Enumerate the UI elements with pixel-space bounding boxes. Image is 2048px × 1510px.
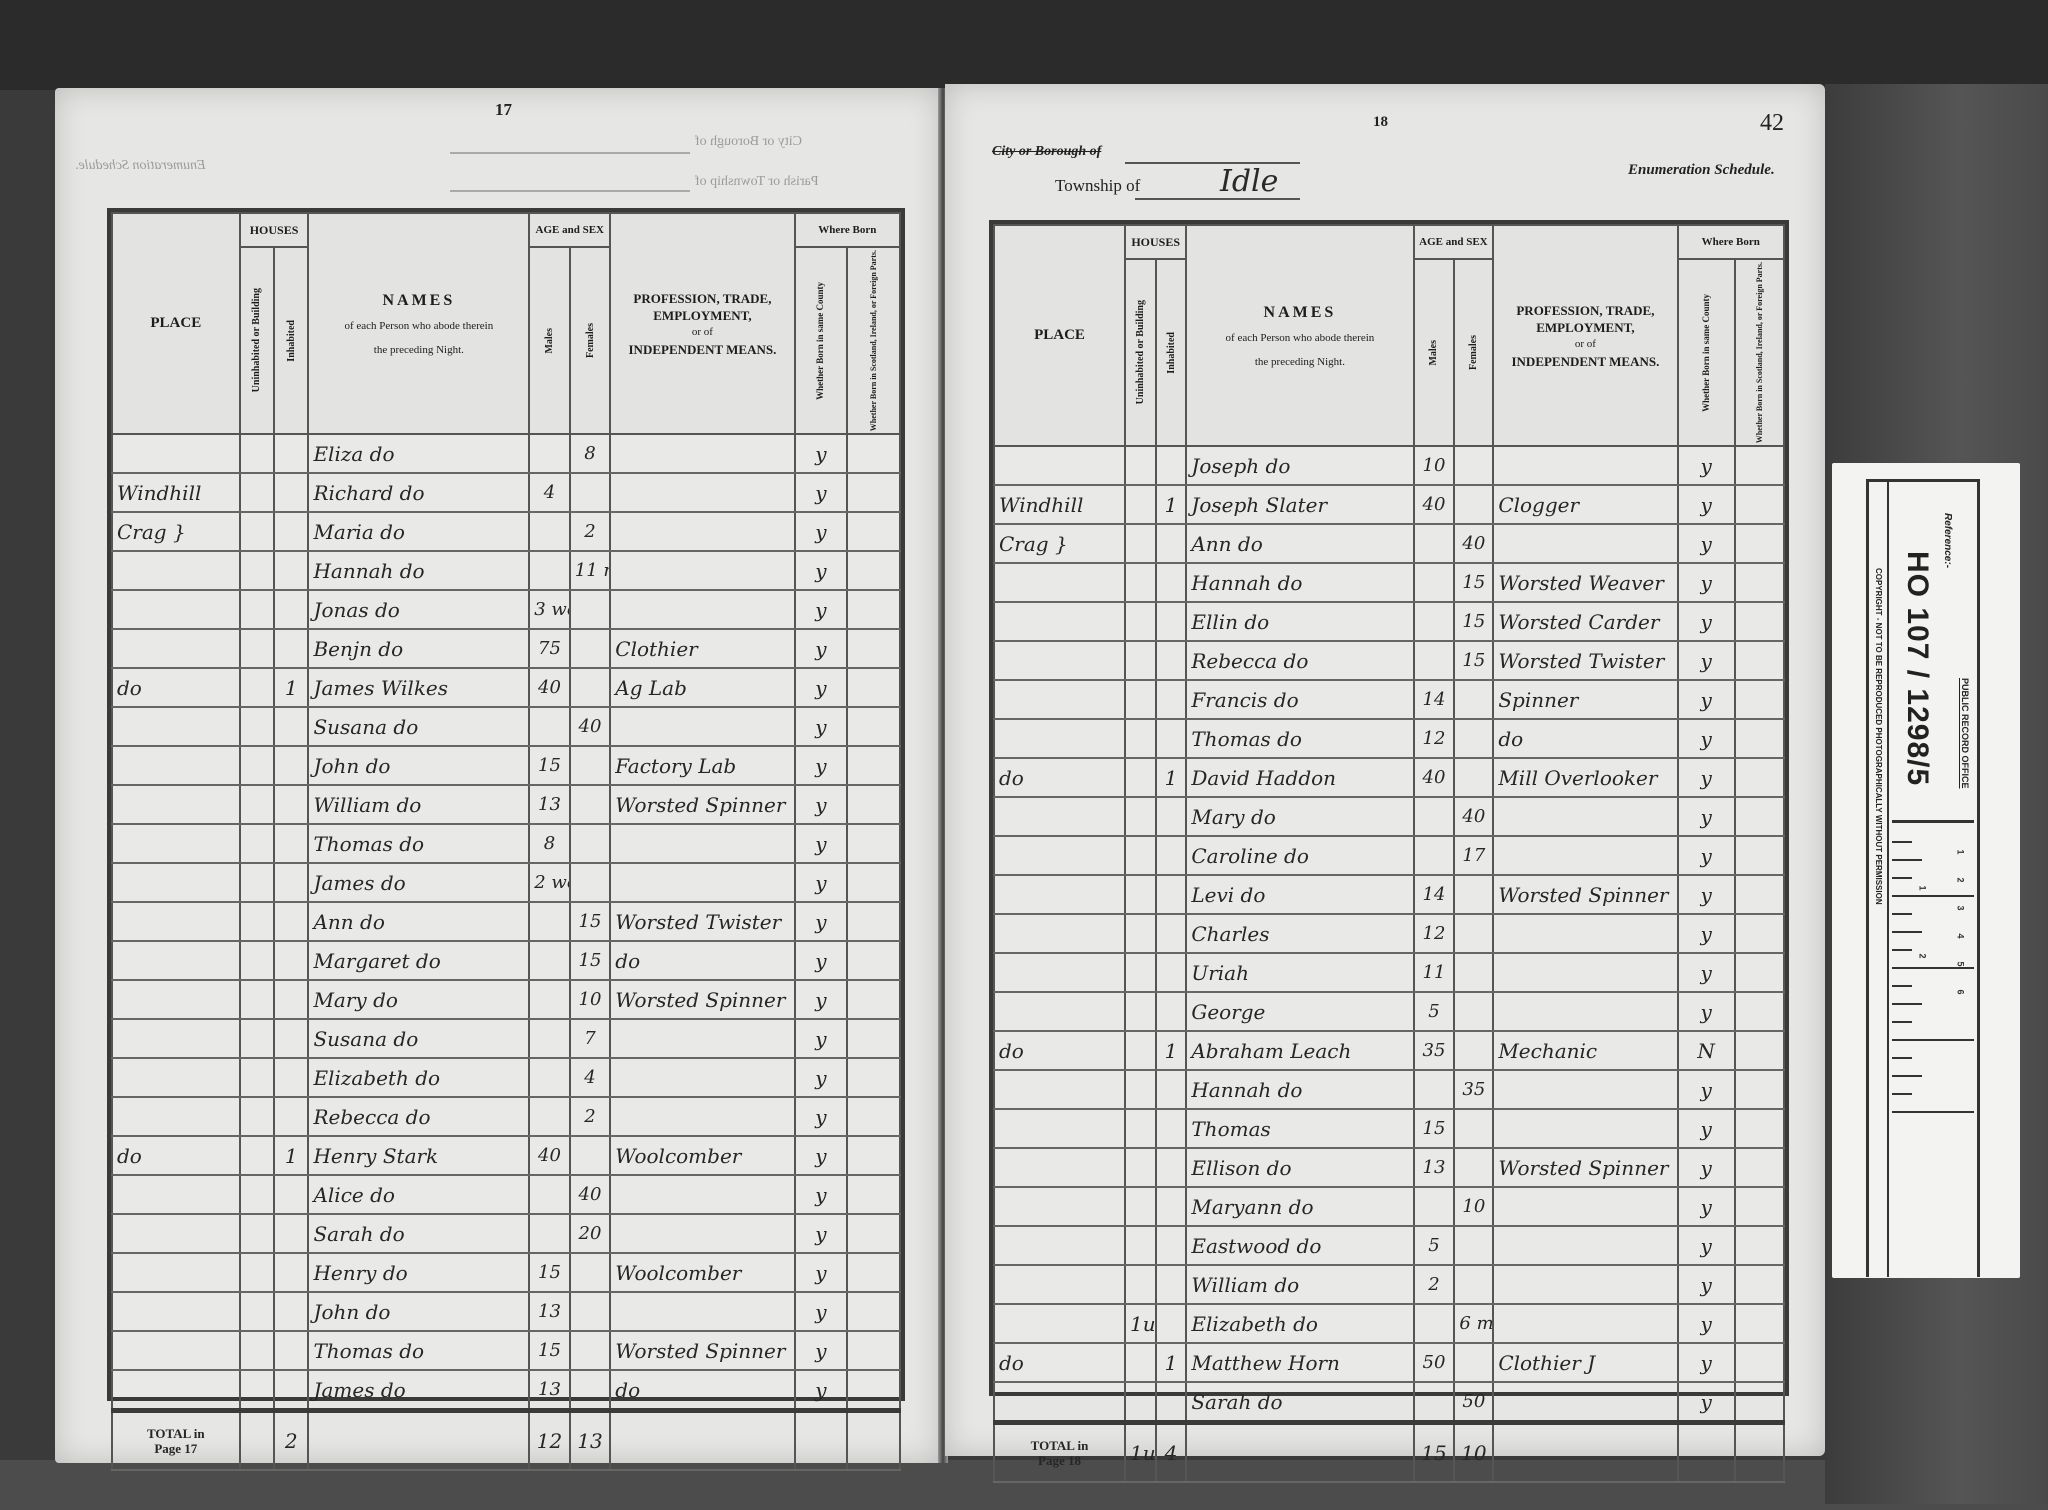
profession-cell — [610, 1214, 794, 1253]
page-number: 18 — [1373, 114, 1388, 131]
uninhabited-cell — [1125, 680, 1156, 719]
name-cell: Hannah do — [308, 551, 529, 590]
place-cell — [112, 824, 240, 863]
born-elsewhere-cell — [1735, 1382, 1784, 1423]
uninhabited-cell — [1125, 446, 1156, 485]
col-females: Females — [1454, 259, 1493, 446]
born-elsewhere-cell — [847, 434, 900, 473]
born-same-county-cell: y — [1678, 719, 1735, 758]
profession-cell — [1493, 1382, 1677, 1423]
inhabited-cell: 1 — [274, 668, 308, 707]
profession-cell — [610, 473, 794, 512]
females-age-cell: 6 months — [1454, 1304, 1493, 1343]
born-same-county-cell: y — [1678, 758, 1735, 797]
census-row: Alice do40y — [112, 1175, 900, 1214]
inhabited-cell — [1156, 563, 1187, 602]
born-elsewhere-cell — [847, 707, 900, 746]
uninhabited-cell — [240, 1214, 274, 1253]
name-cell: Henry do — [308, 1253, 529, 1292]
mirrored-parish-label: Parish or Township of — [695, 174, 819, 190]
place-cell — [112, 941, 240, 980]
inhabited-cell — [274, 746, 308, 785]
name-cell: Margaret do — [308, 941, 529, 980]
name-cell: Susana do — [308, 707, 529, 746]
col-elsewhere: Whether Born in Scotland, Ireland, or Fo… — [847, 247, 900, 434]
place-cell — [994, 1187, 1125, 1226]
census-row: Mary do10Worsted Spinnery — [112, 980, 900, 1019]
col-names-sub1: of each Person who abode therein — [311, 320, 526, 332]
born-elsewhere-cell — [847, 1019, 900, 1058]
profession-cell: Spinner — [1493, 680, 1677, 719]
uninhabited-cell — [1125, 1382, 1156, 1423]
males-age-cell — [1414, 797, 1455, 836]
col-age-sex: AGE and SEX — [1414, 225, 1494, 259]
place-cell — [112, 863, 240, 902]
profession-cell — [1493, 1070, 1677, 1109]
col-names-sub2: the preceding Night. — [1189, 356, 1410, 368]
census-row: Hannah do35y — [994, 1070, 1784, 1109]
born-same-county-cell: y — [1678, 563, 1735, 602]
place-cell — [994, 446, 1125, 485]
males-age-cell — [529, 1019, 570, 1058]
born-same-county-cell: y — [795, 1331, 848, 1370]
col-age-sex: AGE and SEX — [529, 213, 610, 247]
uninhabited-cell — [1125, 719, 1156, 758]
col-inhabited: Inhabited — [1156, 259, 1187, 446]
males-age-cell: 8 — [529, 824, 570, 863]
born-elsewhere-cell — [847, 1292, 900, 1331]
profession-cell — [1493, 1187, 1677, 1226]
total-blank-names — [308, 1411, 529, 1471]
col-elsewhere: Whether Born in Scotland, Ireland, or Fo… — [1735, 259, 1784, 446]
born-elsewhere-cell — [847, 551, 900, 590]
females-age-cell — [570, 1136, 611, 1175]
census-row: James do2 weeksy — [112, 863, 900, 902]
born-elsewhere-cell — [847, 1175, 900, 1214]
place-cell — [994, 797, 1125, 836]
name-cell: Francis do — [1186, 680, 1413, 719]
born-same-county-cell: y — [1678, 914, 1735, 953]
born-same-county-cell: y — [795, 1253, 848, 1292]
males-age-cell — [529, 941, 570, 980]
name-cell: John do — [308, 1292, 529, 1331]
females-age-cell: 20 — [570, 1214, 611, 1253]
born-same-county-cell: y — [1678, 953, 1735, 992]
col-males: Males — [529, 247, 570, 434]
uninhabited-cell — [240, 1292, 274, 1331]
profession-cell — [610, 1058, 794, 1097]
name-cell: Ann do — [308, 902, 529, 941]
females-age-cell: 35 — [1454, 1070, 1493, 1109]
census-rows: Eliza do8yWindhillRichard do4yCrag }Mari… — [112, 434, 900, 1411]
born-same-county-cell: y — [1678, 1187, 1735, 1226]
inhabited-cell — [274, 902, 308, 941]
name-cell: Levi do — [1186, 875, 1413, 914]
col-profession: PROFESSION, TRADE, EMPLOYMENT, or of IND… — [1493, 225, 1677, 446]
col-females: Females — [570, 247, 611, 434]
females-age-cell — [1454, 1265, 1493, 1304]
inhabited-cell — [274, 1370, 308, 1411]
col-profession-4: INDEPENDENT MEANS. — [1496, 353, 1674, 370]
name-cell: James do — [308, 1370, 529, 1411]
col-where-born: Where Born — [795, 213, 900, 247]
total-inhabited: 2 — [274, 1411, 308, 1471]
census-row: Henry do15Woolcombery — [112, 1253, 900, 1292]
profession-cell: Worsted Twister — [610, 902, 794, 941]
place-cell — [112, 1214, 240, 1253]
uninhabited-cell — [1125, 1343, 1156, 1382]
females-age-cell: 15 — [1454, 641, 1493, 680]
census-row: Susana do40y — [112, 707, 900, 746]
profession-cell: Worsted Spinner — [1493, 875, 1677, 914]
inhabited-cell — [1156, 680, 1187, 719]
name-cell: Henry Stark — [308, 1136, 529, 1175]
born-elsewhere-cell — [847, 863, 900, 902]
place-cell: do — [112, 1136, 240, 1175]
females-age-cell — [570, 629, 611, 668]
males-age-cell — [1414, 563, 1455, 602]
born-same-county-cell: y — [1678, 446, 1735, 485]
col-houses: HOUSES — [240, 213, 309, 247]
place-cell — [112, 746, 240, 785]
born-same-county-cell: y — [1678, 1148, 1735, 1187]
inhabited-cell — [274, 629, 308, 668]
females-age-cell — [1454, 1031, 1493, 1070]
males-age-cell — [529, 1058, 570, 1097]
males-age-cell: 12 — [1414, 719, 1455, 758]
census-row: Ann do15Worsted Twistery — [112, 902, 900, 941]
census-row: Hannah do11 monthsy — [112, 551, 900, 590]
born-elsewhere-cell — [1735, 1070, 1784, 1109]
males-age-cell: 11 — [1414, 953, 1455, 992]
census-row: James do13doy — [112, 1370, 900, 1411]
reference-label: Reference:- — [1942, 513, 1953, 568]
census-row: Rebecca do15Worsted Twistery — [994, 641, 1784, 680]
males-age-cell — [1414, 1304, 1455, 1343]
born-same-county-cell: y — [795, 1097, 848, 1136]
census-row: do1Matthew Horn50Clothier Jy — [994, 1343, 1784, 1382]
born-elsewhere-cell — [847, 902, 900, 941]
inhabited-cell — [1156, 1382, 1187, 1423]
females-age-cell: 10 — [570, 980, 611, 1019]
born-elsewhere-cell — [1735, 446, 1784, 485]
females-age-cell: 2 — [570, 512, 611, 551]
profession-cell — [1493, 1109, 1677, 1148]
place-cell — [994, 992, 1125, 1031]
inhabited-cell — [1156, 1304, 1187, 1343]
place-cell: Crag } — [112, 512, 240, 551]
place-cell — [112, 1019, 240, 1058]
name-cell: Alice do — [308, 1175, 529, 1214]
born-same-county-cell: y — [795, 980, 848, 1019]
place-cell — [112, 1292, 240, 1331]
uninhabited-cell — [240, 1136, 274, 1175]
name-cell: William do — [308, 785, 529, 824]
uninhabited-cell — [1125, 641, 1156, 680]
public-record-office-label: PUBLIC RECORD OFFICE — [1960, 678, 1970, 789]
name-cell: Elizabeth do — [1186, 1304, 1413, 1343]
total-label: TOTAL in Page 17 — [112, 1411, 240, 1471]
males-age-cell: 5 — [1414, 992, 1455, 1031]
females-age-cell — [1454, 446, 1493, 485]
census-row: do1Henry Stark40Woolcombery — [112, 1136, 900, 1175]
place-cell: Windhill — [994, 485, 1125, 524]
name-cell: Rebecca do — [1186, 641, 1413, 680]
col-names-title: NAMES — [311, 292, 526, 310]
col-where-born: Where Born — [1678, 225, 1785, 259]
females-age-cell: 10 — [1454, 1187, 1493, 1226]
profession-cell — [610, 1175, 794, 1214]
females-age-cell: 40 — [570, 707, 611, 746]
col-uninhabited: Uninhabited or Building — [1125, 259, 1156, 446]
females-age-cell — [1454, 680, 1493, 719]
inhabited-cell — [1156, 1148, 1187, 1187]
females-age-cell: 11 months — [570, 551, 611, 590]
born-elsewhere-cell — [1735, 914, 1784, 953]
males-age-cell: 15 — [529, 1253, 570, 1292]
born-elsewhere-cell — [1735, 1226, 1784, 1265]
females-age-cell — [1454, 1148, 1493, 1187]
born-elsewhere-cell — [1735, 524, 1784, 563]
inhabited-cell — [274, 434, 308, 473]
inhabited-cell — [274, 980, 308, 1019]
profession-cell — [1493, 524, 1677, 563]
mirrored-city-label: City or Borough of — [695, 134, 802, 150]
name-cell: Maryann do — [1186, 1187, 1413, 1226]
born-elsewhere-cell — [1735, 1343, 1784, 1382]
males-age-cell: 3 weeks — [529, 590, 570, 629]
profession-cell: Worsted Spinner — [610, 785, 794, 824]
profession-cell: Woolcomber — [610, 1253, 794, 1292]
born-same-county-cell: y — [795, 1136, 848, 1175]
uninhabited-cell — [240, 473, 274, 512]
township-label: Township of — [1055, 176, 1140, 196]
females-age-cell: 4 — [570, 1058, 611, 1097]
born-same-county-cell: y — [1678, 602, 1735, 641]
uninhabited-cell — [1125, 1187, 1156, 1226]
census-grid: PLACE HOUSES NAMES of each Person who ab… — [111, 212, 901, 1471]
born-same-county-cell: y — [1678, 1382, 1735, 1423]
females-age-cell — [1454, 485, 1493, 524]
inhabited-cell — [274, 551, 308, 590]
inhabited-cell — [1156, 719, 1187, 758]
females-age-cell: 40 — [570, 1175, 611, 1214]
uninhabited-cell — [1125, 1148, 1156, 1187]
uninhabited-cell — [240, 629, 274, 668]
total-blank-elsewhere — [847, 1411, 900, 1471]
census-row: Caroline do17y — [994, 836, 1784, 875]
place-cell — [112, 785, 240, 824]
inhabited-cell — [274, 1253, 308, 1292]
profession-cell: Worsted Carder — [1493, 602, 1677, 641]
born-elsewhere-cell — [1735, 485, 1784, 524]
col-same-county: Whether Born in same County — [1678, 259, 1735, 446]
name-cell: Ellin do — [1186, 602, 1413, 641]
uninhabited-cell — [240, 863, 274, 902]
place-cell — [994, 1148, 1125, 1187]
inhabited-cell — [274, 1331, 308, 1370]
census-row: Rebecca do2y — [112, 1097, 900, 1136]
born-same-county-cell: y — [795, 746, 848, 785]
born-same-county-cell: y — [1678, 485, 1735, 524]
total-label: TOTAL in Page 18 — [994, 1423, 1125, 1483]
born-same-county-cell: y — [795, 1019, 848, 1058]
males-age-cell — [529, 434, 570, 473]
inhabited-cell — [1156, 875, 1187, 914]
place-cell — [994, 602, 1125, 641]
name-cell: Thomas do — [1186, 719, 1413, 758]
born-elsewhere-cell — [1735, 953, 1784, 992]
males-age-cell: 50 — [1414, 1343, 1455, 1382]
born-elsewhere-cell — [1735, 563, 1784, 602]
name-cell: Eliza do — [308, 434, 529, 473]
inhabited-cell — [1156, 641, 1187, 680]
census-row: Windhill1Joseph Slater40Cloggery — [994, 485, 1784, 524]
born-same-county-cell: y — [795, 473, 848, 512]
males-age-cell: 40 — [529, 668, 570, 707]
uninhabited-cell — [1125, 875, 1156, 914]
profession-cell — [610, 1292, 794, 1331]
inhabited-cell — [1156, 992, 1187, 1031]
place-cell — [994, 914, 1125, 953]
scanner-background-top — [0, 0, 2048, 90]
name-cell: Eastwood do — [1186, 1226, 1413, 1265]
males-age-cell: 75 — [529, 629, 570, 668]
inhabited-cell — [274, 1214, 308, 1253]
males-age-cell — [529, 1175, 570, 1214]
born-elsewhere-cell — [847, 512, 900, 551]
born-same-county-cell: y — [1678, 641, 1735, 680]
name-cell: Joseph do — [1186, 446, 1413, 485]
uninhabited-cell — [240, 434, 274, 473]
born-same-county-cell: y — [1678, 992, 1735, 1031]
born-elsewhere-cell — [847, 1058, 900, 1097]
inhabited-cell — [1156, 953, 1187, 992]
census-row: Ellison do13Worsted Spinnery — [994, 1148, 1784, 1187]
males-age-cell: 40 — [1414, 758, 1455, 797]
census-row: John do15Factory Laby — [112, 746, 900, 785]
females-age-cell: 15 — [570, 902, 611, 941]
born-elsewhere-cell — [847, 668, 900, 707]
census-row: Susana do7y — [112, 1019, 900, 1058]
inhabited-cell — [274, 941, 308, 980]
born-elsewhere-cell — [847, 941, 900, 980]
uninhabited-cell — [1125, 992, 1156, 1031]
total-males: 12 — [529, 1411, 570, 1471]
profession-cell — [1493, 1304, 1677, 1343]
born-elsewhere-cell — [847, 1214, 900, 1253]
born-same-county-cell: y — [795, 434, 848, 473]
born-elsewhere-cell — [847, 1370, 900, 1411]
males-age-cell — [1414, 524, 1455, 563]
born-same-county-cell: y — [795, 941, 848, 980]
females-age-cell: 8 — [570, 434, 611, 473]
reference-code: HO 107 / 1298/5 — [1900, 551, 1934, 786]
inhabited-cell — [274, 473, 308, 512]
place-cell — [112, 1175, 240, 1214]
profession-cell: Ag Lab — [610, 668, 794, 707]
inhabited-cell — [274, 1058, 308, 1097]
born-elsewhere-cell — [1735, 1304, 1784, 1343]
uninhabited-cell — [240, 941, 274, 980]
profession-cell — [1493, 992, 1677, 1031]
born-elsewhere-cell — [1735, 875, 1784, 914]
females-age-cell: 40 — [1454, 797, 1493, 836]
born-elsewhere-cell — [847, 1097, 900, 1136]
females-age-cell — [570, 668, 611, 707]
profession-cell — [610, 551, 794, 590]
profession-cell — [610, 434, 794, 473]
census-row: George5y — [994, 992, 1784, 1031]
males-age-cell: 13 — [1414, 1148, 1455, 1187]
males-age-cell: 4 — [529, 473, 570, 512]
folio-number: 42 — [1760, 110, 1784, 137]
uninhabited-cell — [1125, 1109, 1156, 1148]
profession-cell: Worsted Spinner — [610, 1331, 794, 1370]
profession-cell — [610, 512, 794, 551]
census-row: do1James Wilkes40Ag Laby — [112, 668, 900, 707]
uninhabited-cell — [240, 1019, 274, 1058]
place-cell — [994, 563, 1125, 602]
born-elsewhere-cell — [1735, 758, 1784, 797]
census-row: Thomas do15Worsted Spinnery — [112, 1331, 900, 1370]
name-cell: Charles — [1186, 914, 1413, 953]
col-profession-3: or of — [1496, 336, 1674, 353]
born-elsewhere-cell — [1735, 992, 1784, 1031]
census-row: Thomas do8y — [112, 824, 900, 863]
males-age-cell: 15 — [529, 746, 570, 785]
place-cell — [994, 1382, 1125, 1423]
born-same-county-cell: y — [1678, 875, 1735, 914]
census-row: Uriah11y — [994, 953, 1784, 992]
uninhabited-cell — [1125, 758, 1156, 797]
census-row: Crag }Ann do40y — [994, 524, 1784, 563]
born-elsewhere-cell — [1735, 1187, 1784, 1226]
inhabited-cell — [274, 590, 308, 629]
measurement-ruler: 1 2 3 4 5 6 1 2 — [1892, 820, 1974, 1279]
place-cell — [994, 719, 1125, 758]
inhabited-cell — [274, 512, 308, 551]
col-profession-3: or of — [613, 324, 791, 341]
uninhabited-cell — [240, 785, 274, 824]
census-rows: Joseph do10yWindhill1Joseph Slater40Clog… — [994, 446, 1784, 1423]
females-age-cell — [1454, 758, 1493, 797]
born-same-county-cell: y — [1678, 797, 1735, 836]
col-names: NAMES of each Person who abode therein t… — [308, 213, 529, 434]
profession-cell: Clothier — [610, 629, 794, 668]
place-cell — [112, 551, 240, 590]
profession-cell: Worsted Spinner — [610, 980, 794, 1019]
born-same-county-cell: y — [795, 1058, 848, 1097]
census-row: Charles12y — [994, 914, 1784, 953]
census-row: Eastwood do5y — [994, 1226, 1784, 1265]
born-elsewhere-cell — [847, 980, 900, 1019]
profession-cell: Clothier J — [1493, 1343, 1677, 1382]
females-age-cell — [570, 824, 611, 863]
inhabited-cell — [1156, 836, 1187, 875]
females-age-cell — [570, 1370, 611, 1411]
born-same-county-cell: y — [795, 1370, 848, 1411]
name-cell: Hannah do — [1186, 563, 1413, 602]
total-row: TOTAL in Page 18 1u 4 15 10 — [994, 1423, 1784, 1483]
profession-cell: do — [610, 941, 794, 980]
inhabited-cell — [1156, 1109, 1187, 1148]
females-age-cell: 15 — [570, 941, 611, 980]
profession-cell — [610, 1097, 794, 1136]
born-same-county-cell: y — [795, 863, 848, 902]
born-same-county-cell: y — [795, 668, 848, 707]
born-elsewhere-cell — [847, 1331, 900, 1370]
